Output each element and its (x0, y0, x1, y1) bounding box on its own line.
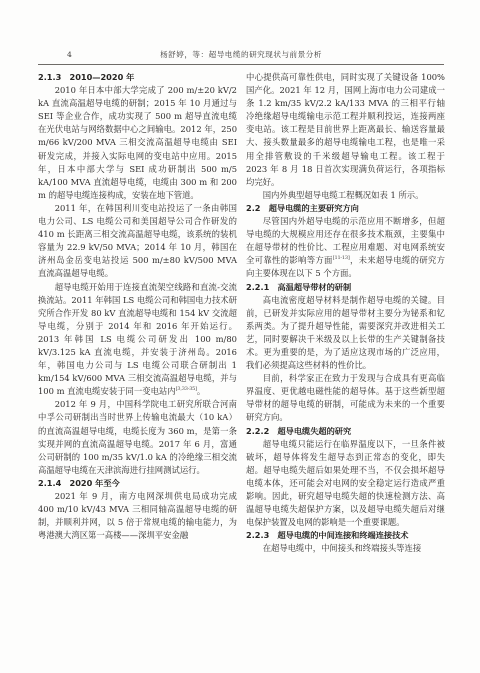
page-header: 4 杨舒婷，等：超导电缆的研究现状与前景分析 (38, 49, 444, 60)
page-number: 4 (67, 49, 72, 60)
section-heading: 2.2.2 超导电缆失超的研究 (246, 425, 445, 438)
section-heading: 2.1.4 2020 年至今 (38, 477, 237, 490)
paragraph: 2012 年 9 月，中国科学院电工研究所联合河南中孚公司研制出当时世界上传输电… (38, 398, 237, 477)
header-rule (38, 64, 444, 65)
paragraph: 2011 年，在韩国利川变电站投运了一条由韩国电力公司、LS 电缆公司和美国超导… (38, 202, 237, 281)
paragraph: 超导电缆开始用于连接直流架空线路和直流-交流换流站。2011 年韩国 LS 电缆… (38, 281, 237, 399)
two-column-body: 2.1.3 2010—2020 年2010 年日本中部大学完成了 200 m/±… (38, 71, 445, 555)
citation-superscript: [11-13] (333, 256, 350, 262)
paragraph: 2021 年 9 月，南方电网深圳供电局成功完成 400 m/10 kV/43 … (38, 490, 237, 542)
paragraph: 目前，科学家正在致力于发现与合成具有更高临界温度、更优越电磁性能的超导体。基于这… (246, 372, 445, 424)
paragraph: 尽管国内外超导电缆的示范应用不断增多，但超导电缆的大规模应用还存在很多技术瓶颈，… (246, 215, 445, 280)
paragraph: 在超导电缆中，中间接头和终端接头等连接 (246, 542, 445, 555)
page: 4 杨舒婷，等：超导电缆的研究现状与前景分析 2.1.3 2010—2020 年… (0, 0, 480, 673)
running-head: 杨舒婷，等：超导电缆的研究现状与前景分析 (38, 49, 444, 60)
paragraph: 超导电缆只能运行在临界温度以下，一旦条件被破坏，超导体将发生超导态到正常态的变化… (246, 438, 445, 530)
section-heading: 2.2 超导电缆的主要研究方向 (246, 202, 445, 215)
paragraph: 2010 年日本中部大学完成了 200 m/±20 kV/2 kA 直流高温超导… (38, 84, 237, 202)
left-column: 2.1.3 2010—2020 年2010 年日本中部大学完成了 200 m/±… (38, 71, 237, 555)
paragraph: 高电流密度超导材料是制作超导电缆的关键。目前，已研发并实际应用的超导带材主要分为… (246, 294, 445, 373)
section-heading: 2.2.3 超导电缆的中间连接和终端连接技术 (246, 529, 445, 542)
paragraph: 中心提供高可靠性供电，同时实现了关键设备 100% 国产化。2021 年 12 … (246, 71, 445, 189)
citation-superscript: [3,33-35] (176, 386, 197, 392)
section-heading: 2.1.3 2010—2020 年 (38, 71, 237, 84)
section-heading: 2.2.1 高温超导带材的研制 (246, 281, 445, 294)
paragraph: 国内外典型超导电缆工程概况如表 1 所示。 (246, 189, 445, 202)
right-column: 中心提供高可靠性供电，同时实现了关键设备 100% 国产化。2021 年 12 … (246, 71, 445, 555)
